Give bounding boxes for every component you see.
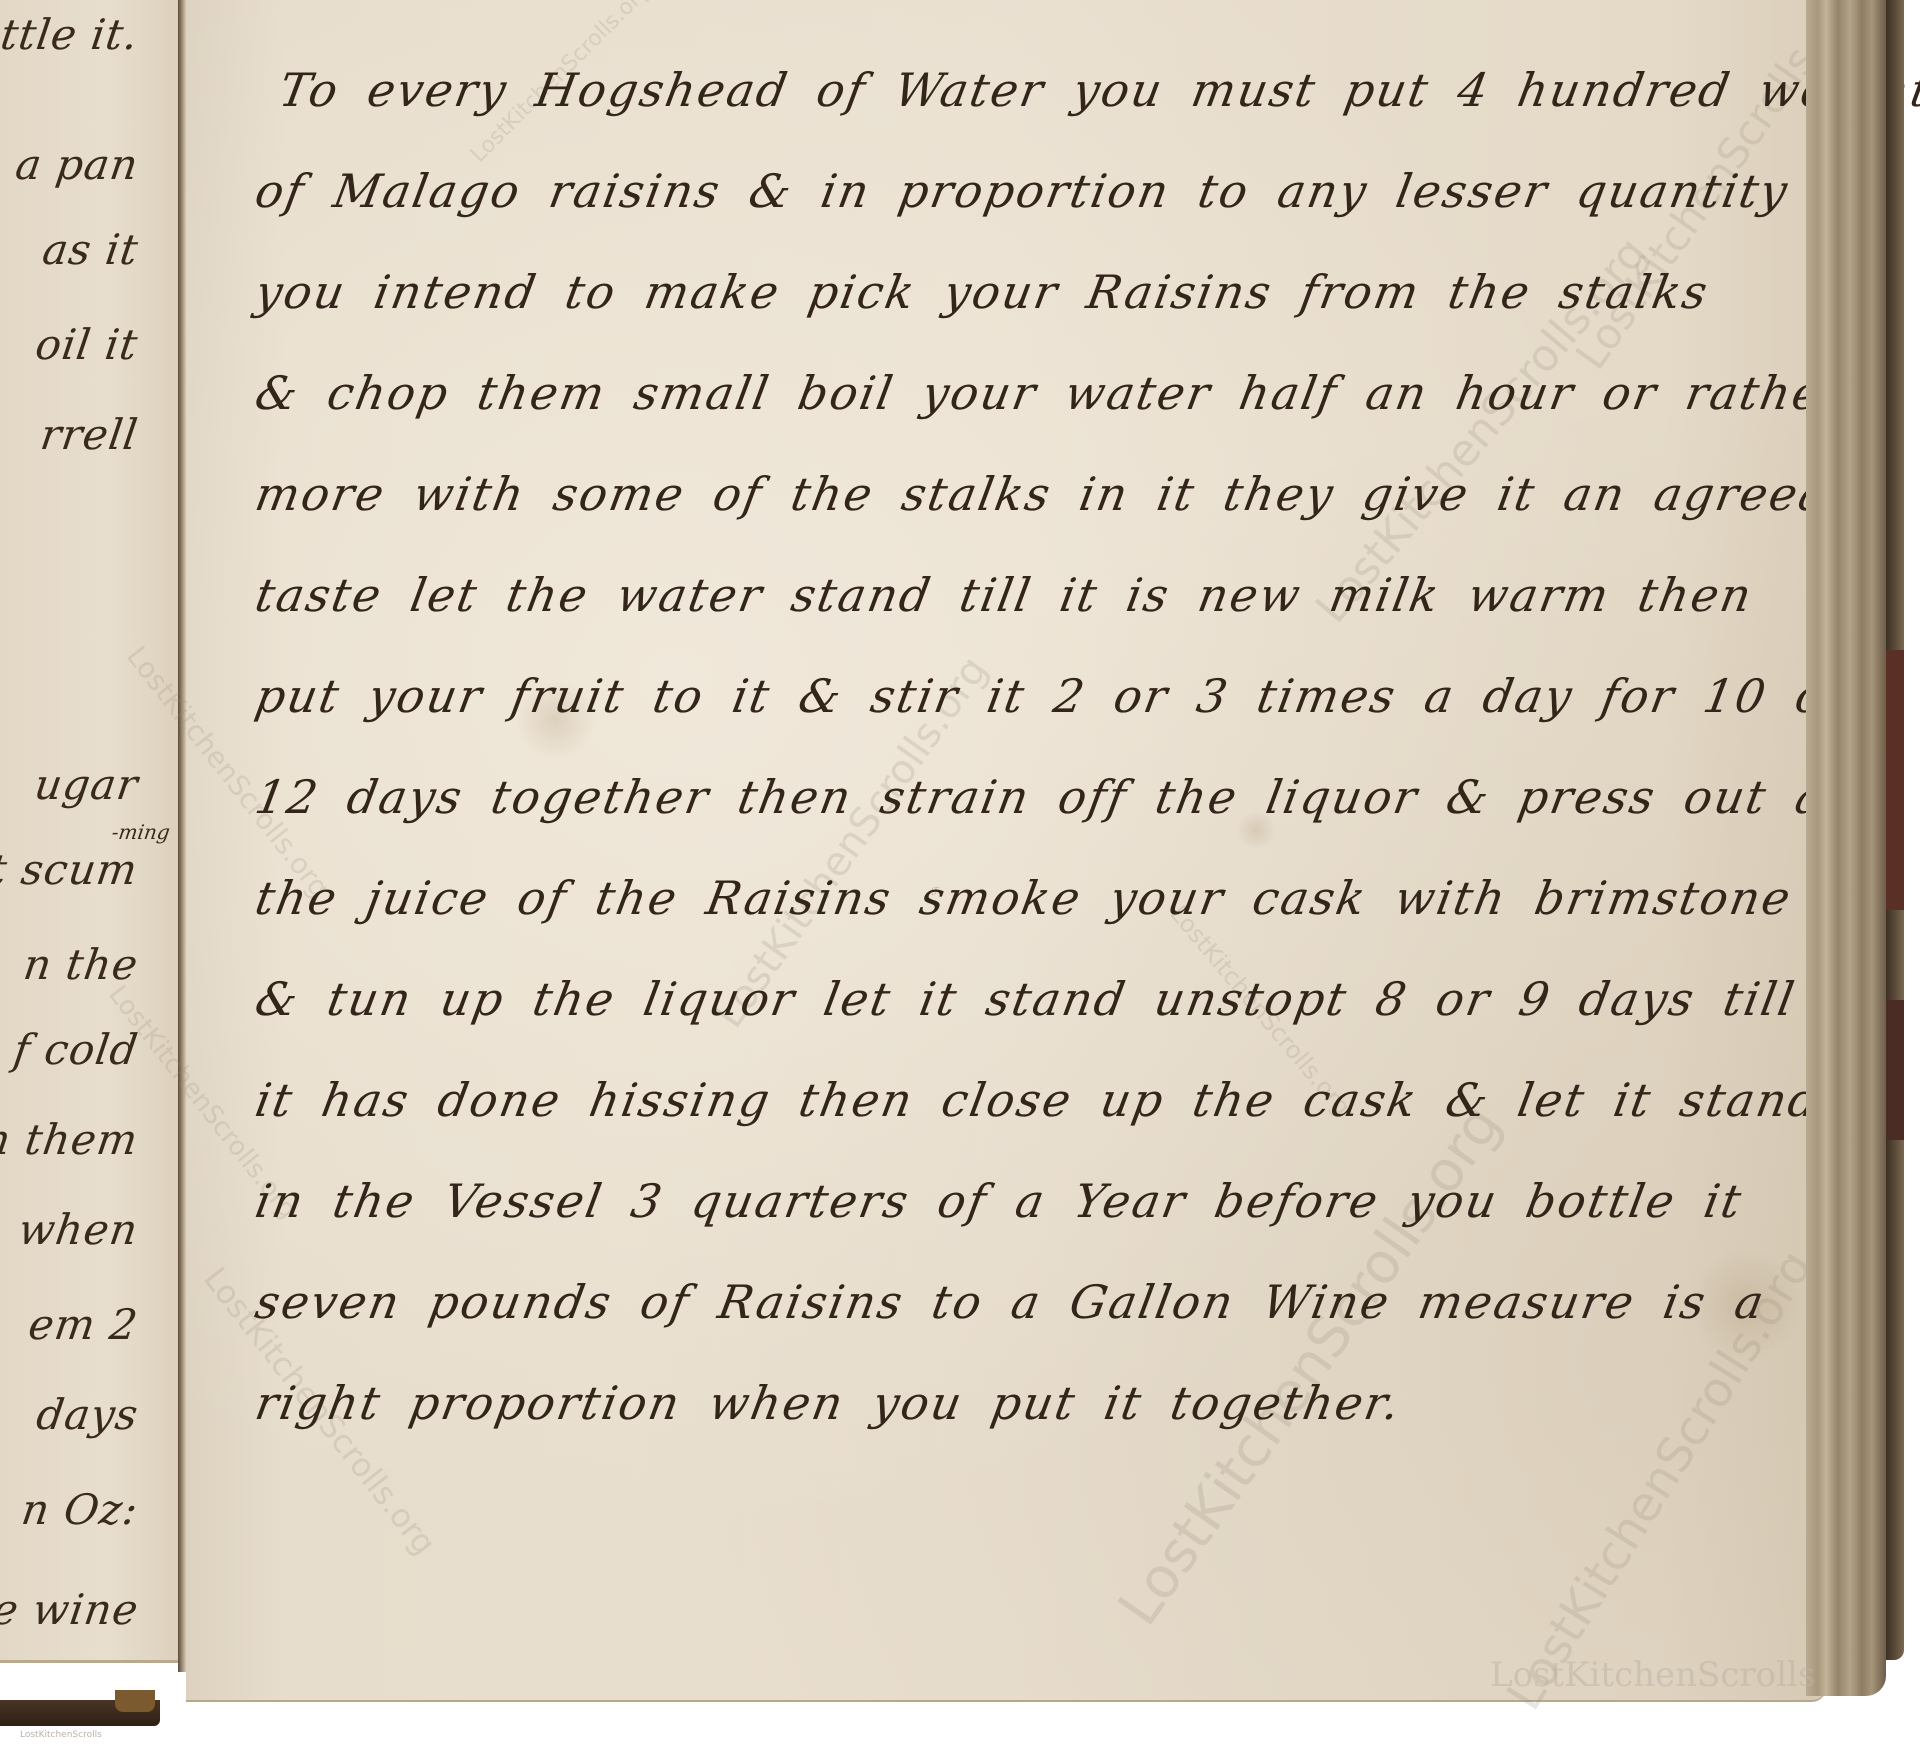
cover-worn-spot [1886,1000,1904,1140]
left-superscript: -ming [110,820,171,844]
book-spread: bottle it. a pan as it oil it rrell ugar… [0,0,1920,1759]
manuscript-line: & tun up the liquor let it stand unstopt… [247,949,1825,1050]
left-line: e wine [0,1585,141,1634]
manuscript-line: 12 days together then strain off the liq… [247,747,1825,848]
left-line: when [16,1205,142,1254]
manuscript-line: To every Hogshead of Water you must put … [247,40,1825,141]
book-gutter [178,0,186,1672]
left-line: as it [39,225,141,274]
page-fore-edge [1806,0,1886,1696]
manuscript-line: of Malago raisins & in proportion to any… [247,141,1825,242]
left-line: oil it [33,320,142,369]
manuscript-line: in the Vessel 3 quarters of a Year befor… [247,1151,1825,1252]
cover-worn-spot [1886,650,1904,910]
left-line: ugar [31,760,141,809]
recipe-text: To every Hogshead of Water you must put … [256,40,1816,1454]
left-line: days [33,1390,141,1439]
left-line: it scum [0,845,141,894]
manuscript-line: & chop them small boil your water half a… [247,343,1825,444]
manuscript-line: right proportion when you put it togethe… [247,1353,1825,1454]
left-line: bottle it. [0,10,141,59]
left-line: rrell [38,410,142,459]
manuscript-line: put your fruit to it & stir it 2 or 3 ti… [247,646,1825,747]
manuscript-line: it has done hissing then close up the ca… [247,1050,1825,1151]
left-line: a pan [12,140,141,189]
left-cover-corner [115,1690,155,1712]
watermark-small: LostKitchenScrolls [20,1730,102,1740]
left-page: bottle it. a pan as it oil it rrell ugar… [0,0,178,1663]
watermark-bottom: LostKitchenScrolls [1490,1655,1815,1695]
manuscript-line: more with some of the stalks in it they … [247,444,1825,545]
manuscript-line: seven pounds of Raisins to a Gallon Wine… [247,1252,1825,1353]
main-page: LostKitchenScrolls.org LostKitchenScroll… [186,0,1826,1702]
left-line: em 2 [26,1300,142,1349]
left-line: f cold [11,1025,142,1074]
manuscript-line: you intend to make pick your Raisins fro… [247,242,1825,343]
manuscript-line: taste let the water stand till it is new… [247,545,1825,646]
left-line: n the [20,940,141,989]
left-line: n Oz: [18,1485,141,1534]
left-line: n them [0,1115,141,1164]
manuscript-line: the juice of the Raisins smoke your cask… [247,848,1825,949]
